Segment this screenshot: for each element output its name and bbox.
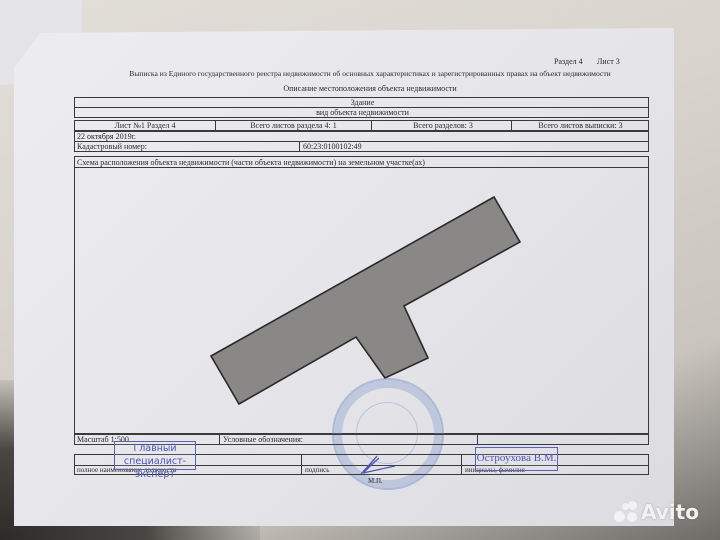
avito-watermark: Avito	[614, 500, 699, 524]
divider	[477, 435, 478, 445]
divider	[219, 435, 220, 445]
avito-dots-icon	[614, 501, 638, 523]
position-stamp: Главный специалист-эксперт	[114, 441, 196, 470]
legend-label: Условные обозначения:	[223, 435, 303, 445]
signature-caption: подпись	[305, 466, 329, 475]
position-stamp-line1: Главный	[115, 442, 195, 455]
building-polygon	[211, 197, 520, 404]
divider	[461, 455, 462, 475]
signature	[355, 448, 415, 478]
name-stamp: Остроухова В.М.	[475, 447, 558, 471]
position-stamp-line2: специалист-эксперт	[115, 455, 195, 481]
extract-document: Раздел 4 Лист 3 Выписка из Единого госуд…	[0, 0, 720, 540]
avito-brand-text: Avito	[641, 500, 699, 524]
seal-caption: М.П.	[368, 477, 383, 485]
divider	[301, 455, 302, 475]
